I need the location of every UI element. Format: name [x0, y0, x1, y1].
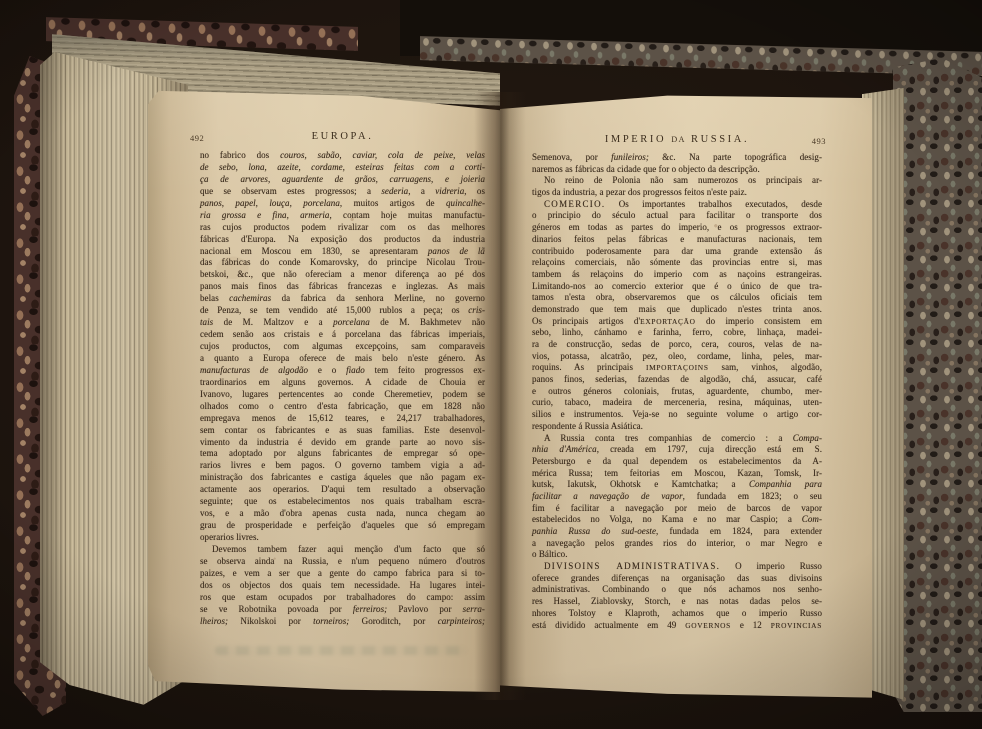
right-header-imperio: IMPERIO: [605, 134, 666, 145]
text-line: fábricas d'Europa. Na exposição dos prod…: [200, 234, 485, 246]
text-line: roquins. As principais IMPORTAÇOINS sam,…: [532, 362, 822, 374]
italic-text: ferreiros;: [353, 604, 387, 614]
italic-text: panos de lã: [428, 246, 485, 256]
text-line: operarios livres.: [200, 532, 485, 544]
smallcaps-text: GOVERNOS: [685, 621, 731, 630]
right-header-da: DA: [671, 135, 685, 144]
text-line: dos os objectos dos quais tem necessidad…: [200, 580, 485, 592]
text-line: de sebo, lona, azeite, cordame, esteiras…: [200, 162, 485, 174]
text-line: betskoi, &c., que não ofereciam a menor …: [200, 269, 485, 281]
italic-text: panos, papel, louça, porcelana: [200, 198, 340, 208]
text-line: administrativas. Combinando o que nós ac…: [532, 584, 822, 596]
text-line: paizes, e vem a ser que a gente do campo…: [200, 568, 485, 580]
text-line: panos finos, sederias, fazendas de algod…: [532, 374, 822, 386]
text-line: relaçoins comerciais, não sómente das pr…: [532, 257, 822, 269]
page-show-through: [215, 646, 467, 655]
italic-text: carpinteiros;: [438, 616, 485, 626]
text-line: nhores Tolstoy e Klaproth, achamos que o…: [532, 608, 822, 620]
text-line: de Penza, se tem vendido até 15,000 rubl…: [200, 305, 485, 317]
text-line: belas cachemiras da fabrica da senhora M…: [200, 293, 485, 305]
book-photo: 492 EUROPA. no fabrico dos couros, sabão…: [0, 0, 982, 729]
text-line: vos, e a mão d'obra apenas custa nada, n…: [200, 508, 485, 520]
text-line: ras cujos productos podem rivalizar com …: [200, 222, 485, 234]
text-line: contribuido poderosamente para dar uma g…: [532, 246, 822, 258]
text-line: das fábricas do conde Komarovsky, do pri…: [200, 257, 485, 269]
text-line: No reino de Polonia não sam numerozos os…: [532, 175, 822, 187]
smallcaps-text: EXPORTAÇÃO: [640, 317, 696, 326]
text-line: panhia Russa do sud-oeste, fundada em 18…: [532, 526, 822, 538]
smallcaps-text: DIVISOINS ADMINISTRATIVAS.: [544, 561, 720, 571]
italic-text: sederia: [381, 186, 408, 196]
italic-text: panhia Russa do sud-oeste: [532, 526, 656, 536]
italic-text: porcelana: [333, 317, 370, 327]
text-line: res Hassel, Ziablovsky, Storch, e nas no…: [532, 596, 822, 608]
text-line: que se observam estes progressos; a sede…: [200, 186, 485, 198]
left-running-header: 492 EUROPA.: [200, 131, 485, 147]
text-line: sem contar os fabricantes e as suas fami…: [200, 425, 485, 437]
text-line: facilitar a navegação de vapor, fundada …: [532, 491, 822, 503]
text-line: empregava menos de 15,612 teares, e 24,2…: [200, 413, 485, 425]
text-line: Semenova, por funileiros; &c. Na parte t…: [532, 152, 822, 164]
text-line: dinarios feitos pelas fábricas e manufac…: [532, 234, 822, 246]
text-line: cedem senão aos cristais e á porcelana d…: [200, 329, 485, 341]
text-line: se ve Robotnika povoada por ferreiros; P…: [200, 604, 485, 616]
italic-text: couros, sabão, caviar, cola de peixe, ve…: [280, 150, 485, 160]
text-line: a navegação pelos grandes rios do interi…: [532, 538, 822, 550]
text-line: Petersburgo e da qual dependem os estabe…: [532, 456, 822, 468]
italic-text: cris-: [468, 305, 485, 315]
text-line: sebo, linho, cánhamo e farinha, ferro, c…: [532, 327, 822, 339]
right-page-text: Semenova, por funileiros; &c. Na parte t…: [532, 152, 822, 631]
italic-text: serra-: [463, 604, 485, 614]
italic-text: funileiros;: [611, 152, 649, 162]
text-line: ça de arvores, aguardente de grãos, carr…: [200, 174, 485, 186]
smallcaps-text: IMPORTAÇOINS: [646, 363, 709, 372]
text-line: mérica Russa; tem feitorias em Moscou, K…: [532, 468, 822, 480]
text-line: kutsk, Iakutsk, Okhotsk e Kamtchatka; a …: [532, 479, 822, 491]
text-line: oferece grandes diferenças na organisaçã…: [532, 573, 822, 585]
right-header-title: IMPERIO DA RUSSIA.: [532, 134, 822, 145]
text-line: curio, tabaco, madeira de merceneria, re…: [532, 397, 822, 409]
text-line: fim é facilitar a navegação por meio de …: [532, 503, 822, 515]
text-line: cujos productos, com algumas excepçoins,…: [200, 341, 485, 353]
text-line: géneros em todas as partes do imperio, e…: [532, 222, 822, 234]
text-line: panos mais finos das fábricas francezas …: [200, 281, 485, 293]
text-line: grau de prosperidade e perfeição d'aquel…: [200, 520, 485, 532]
text-line: o Báltico.: [532, 549, 822, 561]
italic-text: vidreria: [435, 186, 464, 196]
italic-text: nhia d'América: [532, 444, 597, 454]
italic-text: Compa-: [793, 433, 822, 443]
text-line: actamente aos operarios. D'aqui tem resu…: [200, 484, 485, 496]
text-line: manufacturas de algodão e o fiado tem fe…: [200, 365, 485, 377]
italic-text: Companhia para: [749, 479, 822, 489]
text-line: A Russia conta tres companhias de comerc…: [532, 433, 822, 445]
text-line: no fabrico dos couros, sabão, caviar, co…: [200, 150, 485, 162]
text-line: Ivanovo, lugares pertencentes ao conde C…: [200, 389, 485, 401]
italic-text: Com-: [802, 514, 822, 524]
left-header-title: EUROPA.: [200, 131, 485, 142]
text-line: seguinte; que os estabelecimentos nos qu…: [200, 496, 485, 508]
text-line: silios e instrumentos. Veja-se no seguin…: [532, 409, 822, 421]
right-cover-marbled: [893, 58, 982, 712]
text-line: traordinarios em alguns governos. A cida…: [200, 377, 485, 389]
text-line: ministração dos fabricantes e castiga áq…: [200, 472, 485, 484]
right-page-number: 493: [812, 136, 826, 146]
text-line: vimento da industria é devido em grande …: [200, 437, 485, 449]
text-line: demonstrado que tem mais que duplicado n…: [532, 304, 822, 316]
smallcaps-text: PROVINCIAS: [771, 621, 822, 630]
text-line: tais de M. Maltzov e a porcelana de M. B…: [200, 317, 485, 329]
italic-text: manufacturas de algodão: [200, 365, 308, 375]
italic-text: fiado: [346, 365, 365, 375]
text-line: Os principais artigos d'EXPORTAÇÃO do im…: [532, 316, 822, 328]
text-line: tema adoptado por alguns fabricantes de …: [200, 448, 485, 460]
italic-text: cachemiras: [229, 293, 271, 303]
text-line: rarios livres e bem pagos. O governo tam…: [200, 460, 485, 472]
text-line: ra de construcção, sedas de porco, cera,…: [532, 339, 822, 351]
italic-text: tais: [200, 317, 213, 327]
right-header-russia: RUSSIA.: [691, 134, 749, 145]
left-page-number: 492: [190, 133, 204, 143]
text-line: Devemos tambem fazer aqui menção d'um fa…: [200, 544, 485, 556]
text-line: está dividido actualmente em 49 GOVERNOS…: [532, 620, 822, 632]
smallcaps-text: COMERCIO.: [544, 199, 605, 209]
text-line: lheiros; Nikolskoi por torneiros; Gorodi…: [200, 616, 485, 628]
text-line: se observa ainda na Russia, e n'um peque…: [200, 556, 485, 568]
text-line: respondente á Russia Asiática.: [532, 421, 822, 433]
text-line: naremos as fábricas da cidade que for o …: [532, 164, 822, 176]
text-line: estabelecidos no Volga, no Kama e no mar…: [532, 514, 822, 526]
text-line: tambem ás relaçoins do imperio com as na…: [532, 269, 822, 281]
text-line: ria grossa e fina, armeria, contam hoje …: [200, 210, 485, 222]
italic-text: facilitar a navegação de vapor: [532, 491, 683, 501]
right-running-header: IMPERIO DA RUSSIA. 493: [532, 134, 822, 150]
text-line: tigos da industria, a pezar dos progress…: [532, 187, 822, 199]
text-line: e outros géneros coloniais, frutas, agua…: [532, 386, 822, 398]
left-page-text: no fabrico dos couros, sabão, caviar, co…: [200, 150, 485, 628]
italic-text: quincalhe-: [446, 198, 485, 208]
text-line: DIVISOINS ADMINISTRATIVAS. O imperio Rus…: [532, 561, 822, 573]
text-line: vios, potassa, alcatrão, pez, oleo, cord…: [532, 351, 822, 363]
italic-text: ria grossa e fina, armeria: [200, 210, 329, 220]
text-line: nhia d'América, creada em 1797, cuja dir…: [532, 444, 822, 456]
text-line: panos, papel, louça, porcelana, muitos a…: [200, 198, 485, 210]
text-line: tamos n'esta obra, observaremos que os c…: [532, 292, 822, 304]
italic-text: de sebo, lona, azeite, cordame, esteiras…: [200, 162, 485, 172]
text-line: olhados como o centro d'esta fabricação,…: [200, 401, 485, 413]
italic-text: ça de arvores, aguardente de grãos, carr…: [200, 174, 485, 184]
text-line: COMERCIO. Os importantes trabalhos execu…: [532, 199, 822, 211]
italic-text: lheiros;: [200, 616, 228, 626]
text-line: ros que estam ocupados por trabalhadores…: [200, 592, 485, 604]
text-line: a quanto a Europa oferece de mais belo n…: [200, 353, 485, 365]
italic-text: torneiros;: [313, 616, 349, 626]
text-line: nacional em Moscou em 1830, se apresenta…: [200, 246, 485, 258]
text-line: Limitando-nos ao comercio exterior que é…: [532, 281, 822, 293]
text-line: o principio do século actual para facili…: [532, 210, 822, 222]
